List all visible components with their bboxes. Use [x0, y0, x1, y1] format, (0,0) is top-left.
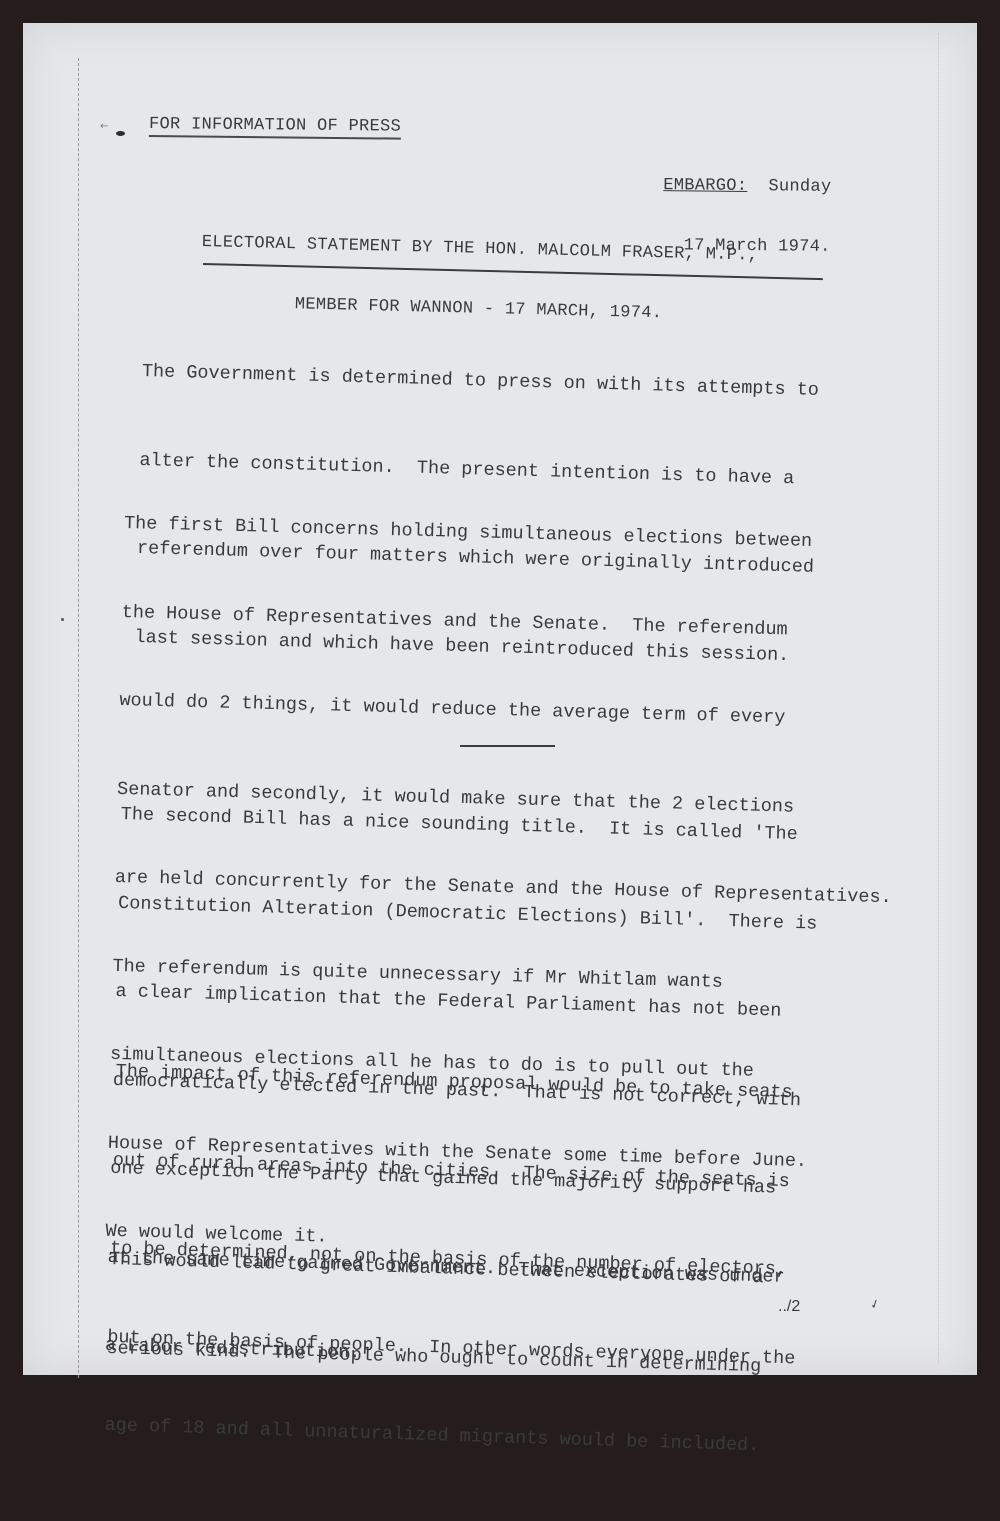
press-label: FOR INFORMATION OF PRESS: [149, 115, 401, 140]
paragraph-line: the House of Representatives and the Sen…: [121, 597, 899, 647]
paragraph-line: The second Bill has a nice sounding titl…: [120, 800, 820, 850]
embargo-day: Sunday: [768, 177, 831, 197]
paragraph-line: The first Bill concerns holding simultan…: [124, 509, 902, 559]
margin-dot: [61, 618, 64, 621]
paragraph-line: The impact of this referendum proposal w…: [115, 1057, 804, 1108]
paragraph-line: Constitution Alteration (Democratic Elec…: [118, 888, 818, 938]
title-line-1: ELECTORAL STATEMENT BY THE HON. MALCOLM …: [202, 233, 759, 267]
document-page: ← FOR INFORMATION OF PRESS EMBARGO: Sund…: [23, 23, 977, 1375]
paragraph-line: This would lead to great imbalance betwe…: [109, 1245, 765, 1293]
paragraph-line: would do 2 things, it would reduce the a…: [119, 686, 897, 736]
embargo-label: EMBARGO:: [663, 176, 747, 196]
pin-hole-mark: [116, 131, 125, 136]
section-divider: [460, 745, 555, 747]
paragraph-5: This would lead to great imbalance betwe…: [104, 1186, 765, 1401]
paragraph-line: serious kind. The people who ought to co…: [106, 1333, 762, 1381]
scan-artifact-line: [938, 33, 939, 1363]
fold-line: [78, 58, 79, 1378]
paragraph-line: The Government is determined to press on…: [142, 357, 820, 405]
page-continuation: ../2: [778, 1298, 800, 1316]
margin-arrow-icon: ←: [100, 121, 108, 132]
